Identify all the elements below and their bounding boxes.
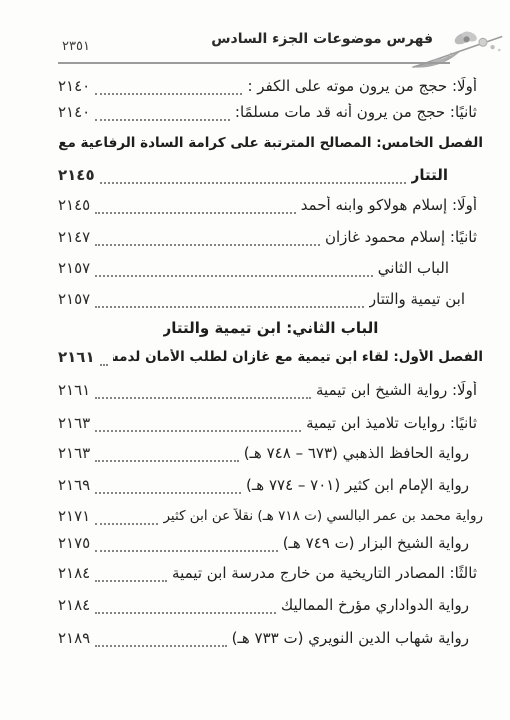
toc-entry: أولًا: حجج من يرون موته على الكفر : ٢١٤٠ xyxy=(58,73,483,99)
toc-entry: رواية الشيخ البزار (ت ٧٤٩ هـ) ٢١٧٥ xyxy=(58,530,483,556)
toc-list: أولًا: حجج من يرون موته على الكفر : ٢١٤٠… xyxy=(58,0,483,720)
toc-entry-page-number: ٢١٦١ xyxy=(58,381,90,399)
toc-entry: ثانيًا: إسلام محمود غازان ٢١٤٧ xyxy=(58,224,483,250)
toc-entry-dots xyxy=(95,77,242,95)
toc-entry: ثانيًا: حجج من يرون أنه قد مات مسلمًا: ٢… xyxy=(58,99,483,125)
toc-entry: أولًا: رواية الشيخ ابن تيمية ٢١٦١ xyxy=(58,377,483,403)
toc-entry-dots xyxy=(95,476,241,494)
toc-entry-title: الباب الثاني xyxy=(378,259,449,277)
toc-entry: رواية الدواداري مؤرخ المماليك ٢١٨٤ xyxy=(58,592,483,618)
toc-entry: أولًا: إسلام هولاكو وابنه أحمد ٢١٤٥ xyxy=(58,192,483,218)
toc-entry-page-number: ٢١٨٤ xyxy=(58,596,90,614)
toc-entry-page-number: ٢١٥٧ xyxy=(58,259,90,277)
toc-entry-dots xyxy=(100,348,108,366)
toc-entry-title: أولًا: إسلام هولاكو وابنه أحمد xyxy=(301,196,477,214)
toc-entry-title: ثالثًا: المصادر التاريخية من خارج مدرسة … xyxy=(172,564,477,582)
toc-entry-page-number: ٢١٤٥ xyxy=(58,166,95,184)
toc-entry-title: ثانيًا: روايات تلاميذ ابن تيمية xyxy=(306,414,477,432)
toc-entry-page-number: ٢١٨٩ xyxy=(58,629,90,647)
toc-entry-page-number: ٢١٤٠ xyxy=(58,103,90,121)
toc-entry: ثانيًا: روايات تلاميذ ابن تيمية ٢١٦٣ xyxy=(58,410,483,436)
toc-entry-page-number: ٢١٨٤ xyxy=(58,564,90,582)
toc-entry: رواية الحافظ الذهبي (٦٧٣ – ٧٤٨ هـ) ٢١٦٣ xyxy=(58,440,483,466)
toc-entry: رواية محمد بن عمر البالسي (ت ٧١٨ هـ) نقل… xyxy=(58,503,483,529)
toc-entry-title: التتار xyxy=(411,166,448,184)
toc-entry: رواية الإمام ابن كثير (٧٠١ – ٧٧٤ هـ) ٢١٦… xyxy=(58,472,483,498)
toc-entry-dots xyxy=(95,414,301,432)
toc-entry-dots xyxy=(95,444,238,462)
toc-entry-title: أولًا: حجج من يرون موته على الكفر : xyxy=(247,77,477,95)
toc-entry-page-number: ٢١٦٩ xyxy=(58,476,90,494)
toc-entry-title: ابن تيمية والتتار xyxy=(369,290,465,308)
toc-entry-page-number: ٢١٧٥ xyxy=(58,534,90,552)
toc-entry: الفصل الخامس: المصالح المترتبة على كرامة… xyxy=(58,130,483,156)
toc-entry-title: رواية الإمام ابن كثير (٧٠١ – ٧٧٤ هـ) xyxy=(246,476,469,494)
toc-entry-title: الباب الثاني: ابن تيمية والتتار xyxy=(163,319,379,337)
toc-entry-dots xyxy=(95,381,311,399)
toc-entry-dots xyxy=(95,534,277,552)
toc-entry-dots xyxy=(95,228,320,246)
toc-entry-page-number: ٢١٤٥ xyxy=(58,196,90,214)
toc-entry-dots xyxy=(95,196,295,214)
toc-entry-dots xyxy=(100,166,406,184)
toc-entry: الباب الثاني ٢١٥٧ xyxy=(58,255,483,281)
toc-entry-title: أولًا: رواية الشيخ ابن تيمية xyxy=(316,381,477,399)
book-toc-page: ٢٣٥١ فهرس موضوعات الجزء السادس أولًا: حج… xyxy=(0,0,510,720)
toc-entry-dots xyxy=(95,596,276,614)
toc-entry-title: رواية الدواداري مؤرخ المماليك xyxy=(281,596,469,614)
toc-entry-page-number: ٢١٦١ xyxy=(58,348,95,366)
toc-entry-page-number: ٢١٦٣ xyxy=(58,444,90,462)
toc-entry-dots xyxy=(95,259,373,277)
toc-entry-title: ثانيًا: إسلام محمود غازان xyxy=(325,228,477,246)
toc-entry: التتار ٢١٤٥ xyxy=(58,162,483,188)
toc-entry-title: رواية الحافظ الذهبي (٦٧٣ – ٧٤٨ هـ) xyxy=(244,444,469,462)
toc-entry-dots xyxy=(95,103,230,121)
toc-entry-title: الفصل الأول: لقاء ابن تيمية مع غازان لطل… xyxy=(113,349,483,365)
toc-entry-title: رواية محمد بن عمر البالسي (ت ٧١٨ هـ) نقل… xyxy=(163,508,483,524)
toc-entry-dots xyxy=(95,564,167,582)
toc-entry: الباب الثاني: ابن تيمية والتتار xyxy=(58,315,483,341)
toc-entry-title: رواية شهاب الدين النويري (ت ٧٣٣ هـ) xyxy=(232,629,469,647)
toc-entry-title: ثانيًا: حجج من يرون أنه قد مات مسلمًا: xyxy=(235,103,477,121)
toc-entry-dots xyxy=(95,290,364,308)
toc-entry-page-number: ٢١٦٣ xyxy=(58,414,90,432)
toc-entry-page-number: ٢١٤٠ xyxy=(58,77,90,95)
toc-entry-page-number: ٢١٥٧ xyxy=(58,290,90,308)
toc-entry-title: رواية الشيخ البزار (ت ٧٤٩ هـ) xyxy=(283,534,469,552)
toc-entry-dots xyxy=(95,507,158,525)
toc-entry-page-number: ٢١٤٧ xyxy=(58,228,90,246)
toc-entry-title: الفصل الخامس: المصالح المترتبة على كرامة… xyxy=(58,135,483,151)
toc-entry: ثالثًا: المصادر التاريخية من خارج مدرسة … xyxy=(58,560,483,586)
toc-entry: رواية شهاب الدين النويري (ت ٧٣٣ هـ) ٢١٨٩ xyxy=(58,625,483,651)
toc-entry: ابن تيمية والتتار ٢١٥٧ xyxy=(58,286,483,312)
toc-entry-page-number: ٢١٧١ xyxy=(58,507,90,525)
toc-entry-dots xyxy=(95,629,226,647)
toc-entry: الفصل الأول: لقاء ابن تيمية مع غازان لطل… xyxy=(58,344,483,370)
